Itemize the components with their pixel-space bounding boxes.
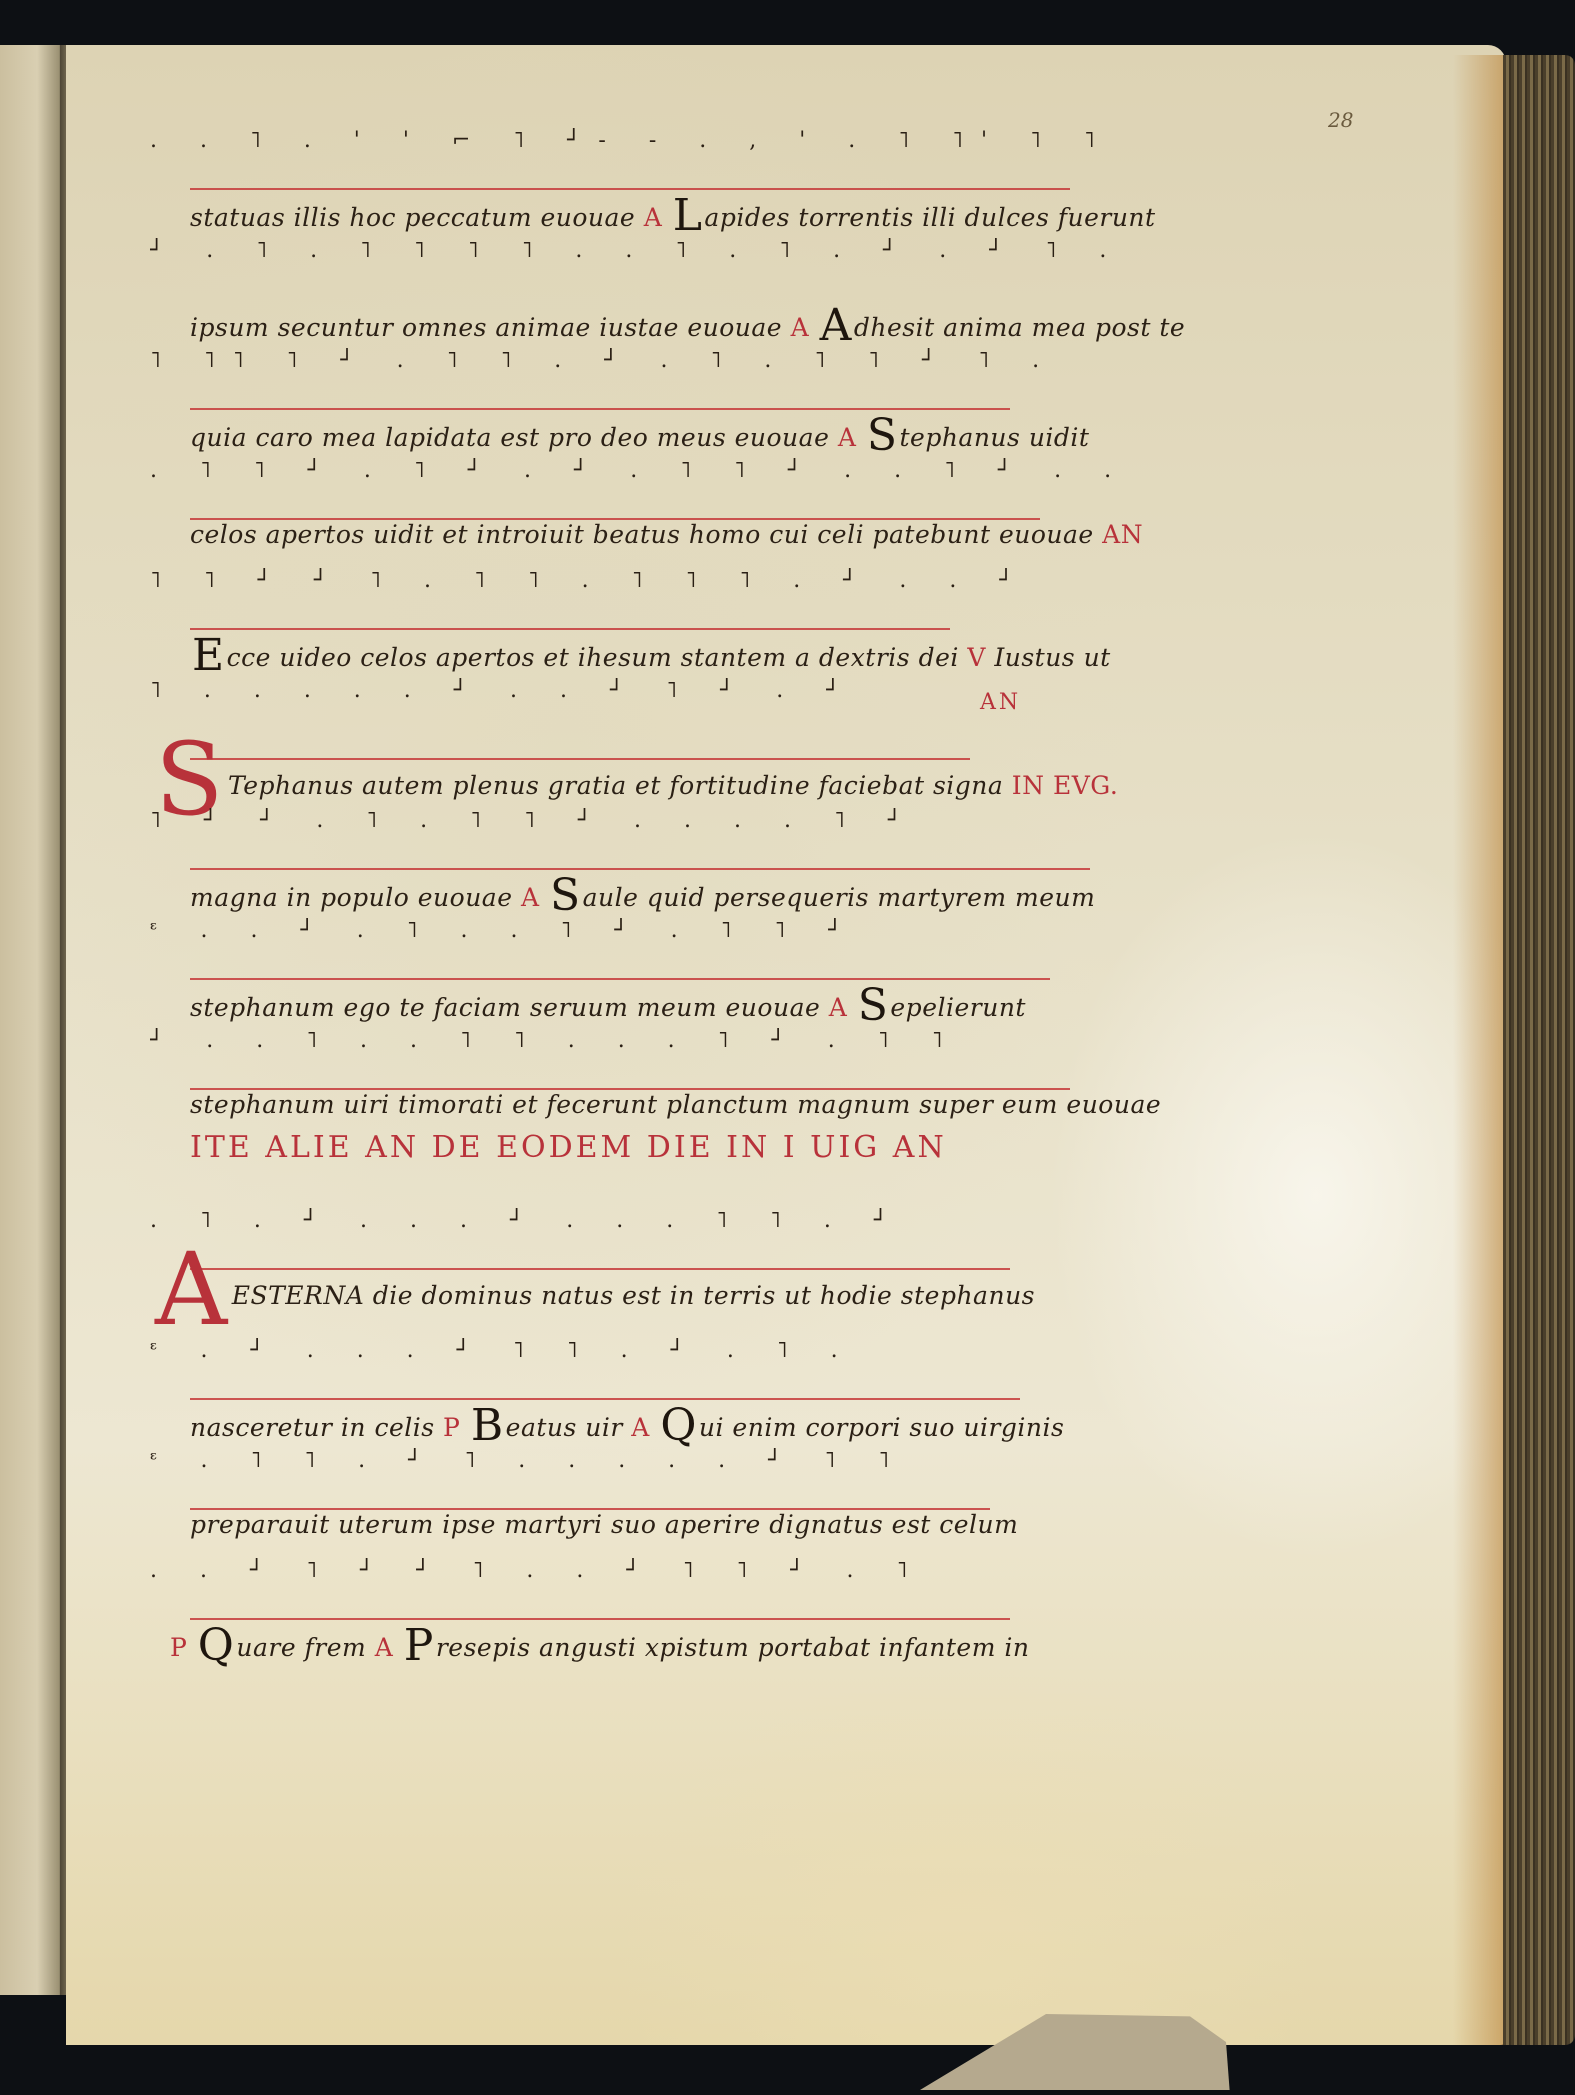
lyric-segment: ESTERNA die dominus natus est in terris … bbox=[232, 1281, 1035, 1310]
chant-text-block: . . ˥ . ' ' ⌐ ˥ ┘- - . , ' . ˥ ˥' ˥ ˥ ┘ … bbox=[130, 120, 1110, 1660]
lyric-segment: Iustus ut bbox=[994, 643, 1110, 672]
neume-row: ᵋ . ┘ . . . ┘ ˥ ˥ . ┘ . ˥ . bbox=[150, 1338, 1110, 1398]
lyric-segment: cce uideo celos apertos et ihesum stante… bbox=[227, 643, 959, 672]
neume-row: ˥ ┘ ┘ . ˥ . ˥ ˥ ┘ . . . . ˥ ┘ bbox=[150, 808, 1110, 868]
lyric-segment: ipsum secuntur omnes animae iustae euoua… bbox=[190, 313, 782, 342]
lyric-segment: apides torrentis illi dulces fuerunt bbox=[704, 203, 1155, 232]
initial-letter: P bbox=[404, 1620, 434, 1671]
neume-row: ᵋ . . ┘ . ˥ . . ˥ ┘ . ˥ ˥ ┘ bbox=[150, 918, 1110, 978]
neume-row: . . ˥ . ' ' ⌐ ˥ ┘- - . , ' . ˥ ˥' ˥ ˥ ┘ … bbox=[150, 128, 1110, 188]
lyric-text: P Quare frem A Presepis angusti xpistum … bbox=[170, 1620, 1029, 1671]
chant-line: ᵋ . ˥ ˥ . ┘ ˥ . . . . . ┘ ˥ ˥ preparauit… bbox=[130, 1440, 1110, 1550]
lyric-text: AESTERNA die dominus natus est in terris… bbox=[155, 1240, 1035, 1340]
lyric-segment: quia caro mea lapidata est pro deo meus … bbox=[190, 423, 829, 452]
lyric-segment: nasceretur in celis bbox=[190, 1413, 435, 1442]
rubric-heading: ITE ALIE AN DE EODEM DIE IN I UIG AN bbox=[190, 1130, 947, 1165]
neume-row: . . ┘ ˥ ┘ ┘ ˥ . . ┘ ˥ ˥ ┘ . ˥ bbox=[150, 1558, 1110, 1618]
chant-line: ᵋ . ┘ . . . ┘ ˥ ˥ . ┘ . ˥ . nasceretur i… bbox=[130, 1330, 1110, 1440]
chant-line: . ˥ ˥ ┘ . ˥ ┘ . ┘ . ˥ ˥ ┘ . . ˥ ┘ . . ce… bbox=[130, 450, 1110, 560]
chant-line: ˥ ˥˥ ˥ ┘ . ˥ ˥ . ┘ . ˥ . ˥ ˥ ┘ ˥ . quia … bbox=[130, 340, 1110, 450]
chant-line: ᵋ . . ┘ . ˥ . . ˥ ┘ . ˥ ˥ ┘ stephanum eg… bbox=[130, 910, 1110, 1020]
chant-line: . . ˥ . ' ' ⌐ ˥ ┘- - . , ' . ˥ ˥' ˥ ˥ ┘ … bbox=[130, 120, 1110, 230]
psalm-marker: P bbox=[170, 1633, 187, 1662]
lyric-segment: ui enim corpori suo uirginis bbox=[699, 1413, 1064, 1442]
antiphon-marker: A bbox=[829, 993, 848, 1022]
neume-row: ᵋ . ˥ ˥ . ┘ ˥ . . . . . ┘ ˥ ˥ bbox=[150, 1448, 1110, 1508]
neume-row: . ˥ ˥ ┘ . ˥ ┘ . ┘ . ˥ ˥ ┘ . . ˥ ┘ . . bbox=[150, 458, 1110, 518]
neume-row: ┘ . ˥ . ˥ ˥ ˥ ˥ . . ˥ . ˥ . ┘ . ┘ ˥ . bbox=[150, 238, 1110, 298]
lyric-segment: uare frem bbox=[236, 1633, 366, 1662]
antiphon-marker: A bbox=[644, 203, 663, 232]
lyric-segment: magna in populo euouae bbox=[190, 883, 513, 912]
chant-line: ˥ ˥ ┘ ┘ ˥ . ˥ ˥ . ˥ ˥ ˥ . ┘ . . ┘ Ecce u… bbox=[130, 560, 1110, 670]
chant-line: ˥ . . . . . ┘ . . ┘ ˥ ┘ . ┘ STephanus au… bbox=[130, 670, 1110, 800]
neume-row: ┘ . . ˥ . . ˥ ˥ . . . ˥ ┘ . ˥ ˥ bbox=[150, 1028, 1110, 1088]
neume-row: ˥ . . . . . ┘ . . ┘ ˥ ┘ . ┘ bbox=[150, 678, 1110, 738]
text-block-edges bbox=[1503, 55, 1575, 2045]
lyric-segment: resepis angusti xpistum portabat infante… bbox=[436, 1633, 1030, 1662]
antiphon-marker: A bbox=[838, 423, 857, 452]
rubric-line: ITE ALIE AN DE EODEM DIE IN I UIG AN bbox=[130, 1130, 1110, 1200]
neume-row: ˥ ˥ ┘ ┘ ˥ . ˥ ˥ . ˥ ˥ ˥ . ┘ . . ┘ bbox=[150, 568, 1110, 628]
facing-left-page bbox=[0, 45, 62, 1995]
lyric-segment: statuas illis hoc peccatum euouae bbox=[190, 203, 635, 232]
lyric-segment: tephanus uidit bbox=[899, 423, 1089, 452]
lyric-segment: eatus uir bbox=[506, 1413, 623, 1442]
neume-row: ˥ ˥˥ ˥ ┘ . ˥ ˥ . ┘ . ˥ . ˥ ˥ ┘ ˥ . bbox=[150, 348, 1110, 408]
psalm-marker: P bbox=[443, 1413, 460, 1442]
lyric-segment: celos apertos uidit et introiuit beatus … bbox=[190, 520, 1094, 549]
lyric-segment: aule quid persequeris martyrem meum bbox=[583, 883, 1096, 912]
gospel-marker: IN EVG. bbox=[1012, 771, 1119, 800]
chant-line: ˥ ┘ ┘ . ˥ . ˥ ˥ ┘ . . . . ˥ ┘ magna in p… bbox=[130, 800, 1110, 910]
chant-line: ┘ . ˥ . ˥ ˥ ˥ ˥ . . ˥ . ˥ . ┘ . ┘ ˥ . ip… bbox=[130, 230, 1110, 340]
folio-number: 28 bbox=[1328, 108, 1353, 132]
verse-marker: V bbox=[967, 643, 986, 672]
lyric-segment: stephanum uiri timorati et fecerunt plan… bbox=[190, 1090, 1161, 1119]
lyric-segment: preparauit uterum ipse martyri suo aperi… bbox=[190, 1510, 1018, 1539]
antiphon-marker: A bbox=[375, 1633, 394, 1662]
antiphon-marker: AN bbox=[980, 690, 1021, 715]
lyric-text: stephanum uiri timorati et fecerunt plan… bbox=[190, 1090, 1161, 1119]
initial-letter: Q bbox=[198, 1620, 235, 1671]
lyric-segment: dhesit anima mea post te bbox=[854, 313, 1185, 342]
chant-line: ┘ . . ˥ . . ˥ ˥ . . . ˥ ┘ . ˥ ˥ stephanu… bbox=[130, 1020, 1110, 1130]
page-edge-stain bbox=[1453, 55, 1503, 2045]
chant-line: . . ┘ ˥ ┘ ┘ ˥ . . ┘ ˥ ˥ ┘ . ˥ P Quare fr… bbox=[130, 1550, 1110, 1660]
antiphon-marker: A bbox=[521, 883, 540, 912]
lyric-segment: epelierunt bbox=[890, 993, 1026, 1022]
lyric-text: preparauit uterum ipse martyri suo aperi… bbox=[190, 1510, 1018, 1539]
lyric-text: celos apertos uidit et introiuit beatus … bbox=[190, 520, 1143, 549]
antiphon-marker: A bbox=[631, 1413, 650, 1442]
antiphon-marker: A bbox=[791, 313, 810, 342]
lyric-segment: stephanum ego te faciam seruum meum euou… bbox=[190, 993, 820, 1022]
antiphon-marker: AN bbox=[1102, 520, 1143, 549]
lyric-segment: Tephanus autem plenus gratia et fortitud… bbox=[228, 771, 1003, 800]
chant-line: . ˥ . ┘ . . . ┘ . . . ˥ ˥ . ┘ AESTERNA d… bbox=[130, 1200, 1110, 1330]
